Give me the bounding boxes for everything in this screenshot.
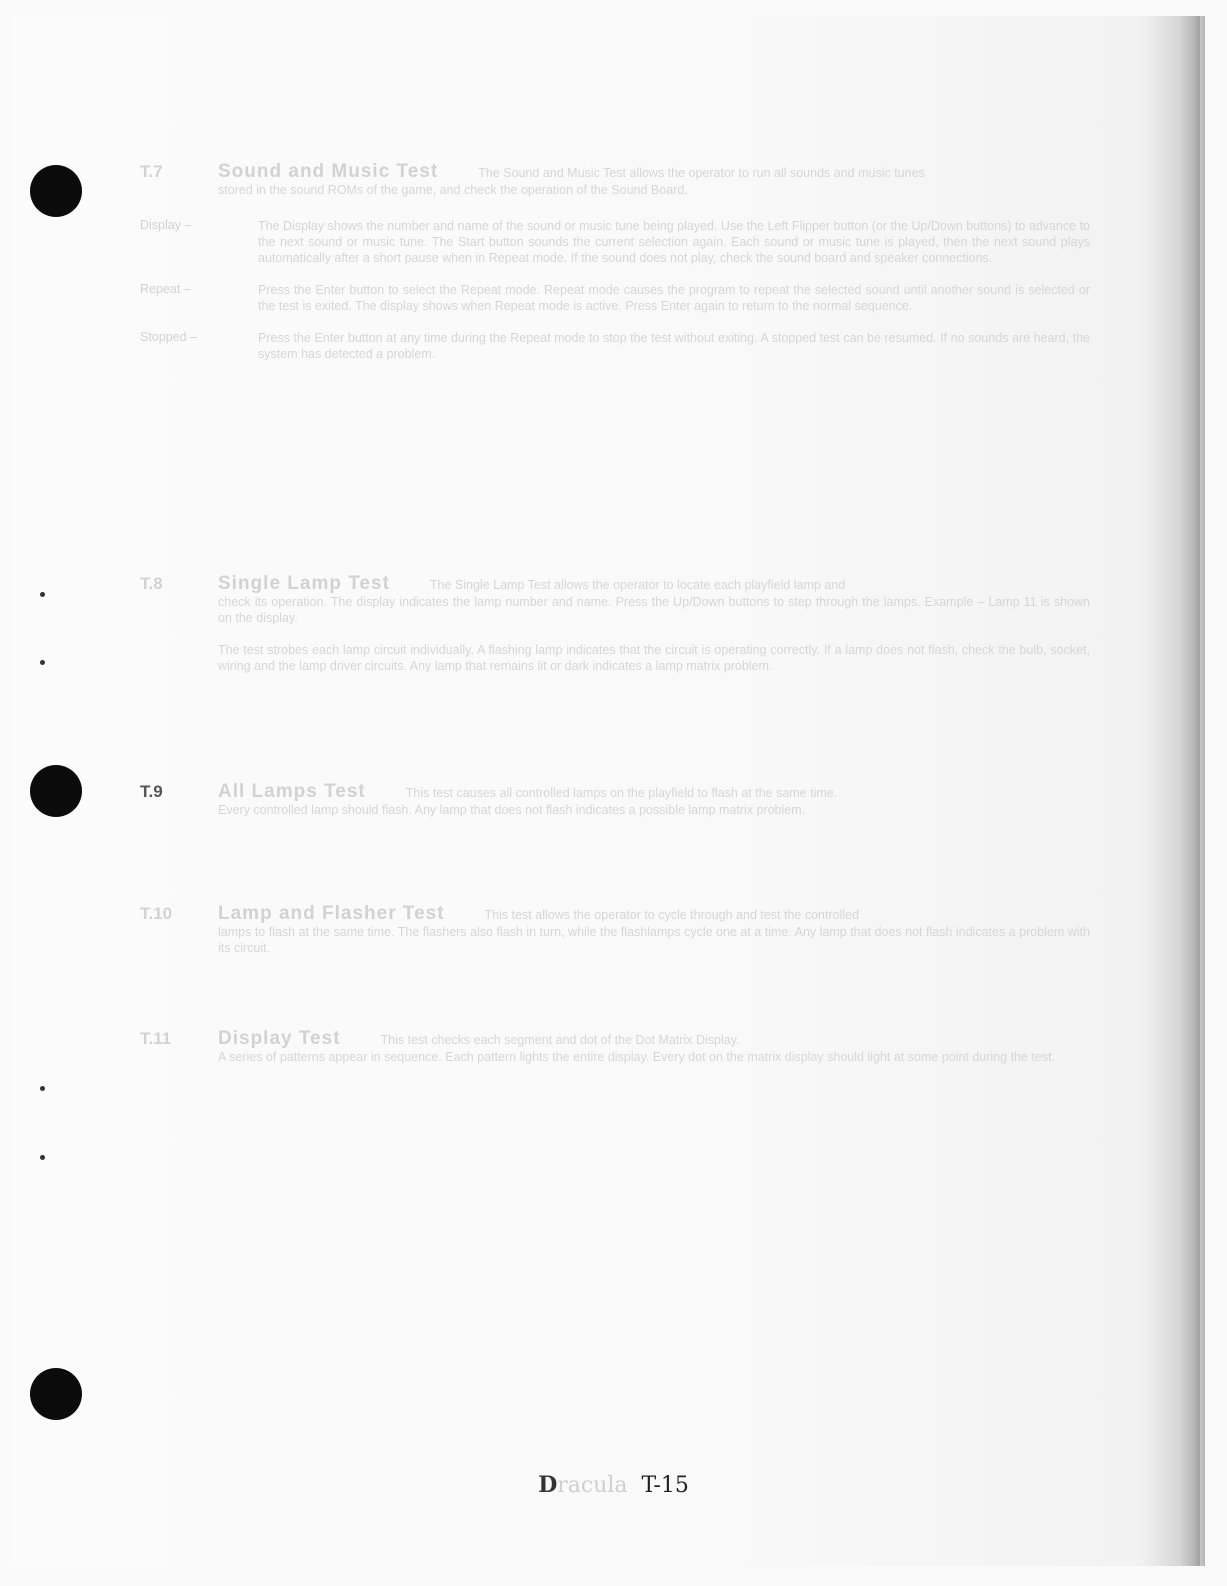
footer-title: racula xyxy=(557,1473,627,1498)
section-body: stored in the sound ROMs of the game, an… xyxy=(218,182,1090,198)
footer-initial: D xyxy=(538,1472,557,1498)
section-title: Sound and Music Test xyxy=(218,163,438,180)
section-title: Display Test xyxy=(218,1030,341,1047)
section-lead: This test causes all controlled lamps on… xyxy=(406,785,837,802)
section-body: A series of patterns appear in sequence.… xyxy=(218,1049,1090,1065)
binder-hole xyxy=(30,165,82,217)
section-body: Every controlled lamp should flash. Any … xyxy=(218,802,1090,818)
binder-hole xyxy=(30,1368,82,1420)
binder-hole xyxy=(30,765,82,817)
section-number: T.7 xyxy=(140,163,218,180)
section-title: Lamp and Flasher Test xyxy=(218,905,445,922)
subsection-label: Stopped – xyxy=(140,330,258,362)
subsection-text: Press the Enter button at any time durin… xyxy=(258,330,1090,362)
section-single-lamp-test: T.8 Single Lamp Test The Single Lamp Tes… xyxy=(140,575,1090,674)
scan-speck xyxy=(40,592,45,597)
subsection-repeat: Repeat – Press the Enter button to selec… xyxy=(140,282,1090,314)
section-title: Single Lamp Test xyxy=(218,575,390,592)
section-lamp-flasher-test: T.10 Lamp and Flasher Test This test all… xyxy=(140,905,1090,956)
section-lead: The Sound and Music Test allows the oper… xyxy=(478,165,925,182)
subsection-display: Display – The Display shows the number a… xyxy=(140,218,1090,266)
section-body: lamps to flash at the same time. The fla… xyxy=(218,924,1090,956)
subsection-text: Press the Enter button to select the Rep… xyxy=(258,282,1090,314)
subsection-stopped: Stopped – Press the Enter button at any … xyxy=(140,330,1090,362)
section-lead: The Single Lamp Test allows the operator… xyxy=(430,577,845,594)
section-body: check its operation. The display indicat… xyxy=(218,594,1090,626)
section-number: T.11 xyxy=(140,1030,218,1047)
page-number: T-15 xyxy=(642,1473,689,1498)
scan-speck xyxy=(40,1155,45,1160)
subsection-text: The Display shows the number and name of… xyxy=(258,218,1090,266)
section-number: T.8 xyxy=(140,575,218,592)
page-footer: Dracula T-15 xyxy=(0,1472,1227,1498)
section-number: T.10 xyxy=(140,905,218,922)
section-lead: This test allows the operator to cycle t… xyxy=(485,907,860,924)
subsection-label: Display – xyxy=(140,218,258,266)
subsection-label: Repeat – xyxy=(140,282,258,314)
section-paragraph: The test strobes each lamp circuit indiv… xyxy=(218,642,1090,674)
page-edge-shadow xyxy=(1179,16,1205,1566)
section-title: All Lamps Test xyxy=(218,783,366,800)
scan-speck xyxy=(40,1086,45,1091)
section-all-lamps-test: T.9 All Lamps Test This test causes all … xyxy=(140,783,1090,818)
section-lead: This test checks each segment and dot of… xyxy=(381,1032,740,1049)
scan-speck xyxy=(40,660,45,665)
section-display-test: T.11 Display Test This test checks each … xyxy=(140,1030,1090,1065)
section-sound-music-test: T.7 Sound and Music Test The Sound and M… xyxy=(140,163,1090,362)
section-number: T.9 xyxy=(140,783,218,800)
